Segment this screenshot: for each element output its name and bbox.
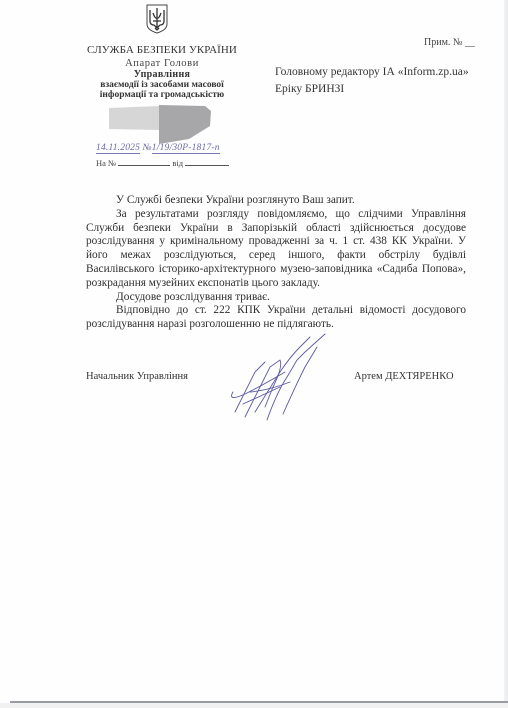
outgoing-date: 14.11.2025 — [96, 143, 140, 154]
sender-header: СЛУЖБА БЕЗПЕКИ УКРАЇНИ Апарат Голови Упр… — [60, 44, 264, 100]
redaction-block — [107, 104, 213, 145]
addressee-block: Головному редактору ІА «Inform.zp.ua» Ер… — [275, 64, 469, 98]
copy-mark: Прим. № __ — [424, 37, 475, 48]
body-paragraph: У Службі безпеки України розглянуто Ваш … — [86, 194, 466, 208]
outgoing-reference: 14.11.2025 №1/19/30Р-1817-п — [96, 143, 220, 153]
incoming-number-label: На № — [96, 158, 116, 168]
signatory-name: Артем ДЕХТЯРЕНКО — [354, 371, 454, 382]
incoming-reference: На № від — [96, 157, 229, 168]
body-paragraph: Досудове розслідування триває. — [86, 291, 466, 305]
incoming-number-blank — [118, 157, 170, 166]
department-title: Управління — [60, 70, 264, 80]
scan-margin-bottom — [0, 703, 508, 708]
body-paragraph: Відповідно до ст. 222 КПК України деталь… — [86, 304, 466, 332]
body-paragraph: За результатами розгляду повідомляємо, щ… — [86, 208, 466, 291]
incoming-date-blank — [185, 157, 229, 166]
signatory-role: Начальник Управління — [86, 371, 188, 382]
outgoing-number: 1/19/30Р-1817-п — [152, 143, 220, 154]
document-page: СЛУЖБА БЕЗПЕКИ УКРАЇНИ Апарат Голови Упр… — [0, 0, 508, 708]
incoming-from-label: від — [172, 158, 183, 168]
addressee-line-2: Еріку БРИНЗІ — [275, 81, 469, 98]
coat-of-arms-icon — [146, 4, 168, 34]
office-name: Апарат Голови — [60, 58, 264, 69]
department-line-2: взаємодії із засобами масової — [60, 80, 264, 90]
department-line-3: інформації та громадськістю — [60, 90, 264, 100]
agency-name: СЛУЖБА БЕЗПЕКИ УКРАЇНИ — [60, 44, 264, 56]
handwritten-signature — [225, 332, 330, 422]
outgoing-number-sign: № — [143, 143, 152, 153]
scan-edge-right — [504, 0, 508, 708]
letter-body: У Службі безпеки України розглянуто Ваш … — [86, 194, 466, 332]
addressee-line-1: Головному редактору ІА «Inform.zp.ua» — [275, 64, 469, 81]
